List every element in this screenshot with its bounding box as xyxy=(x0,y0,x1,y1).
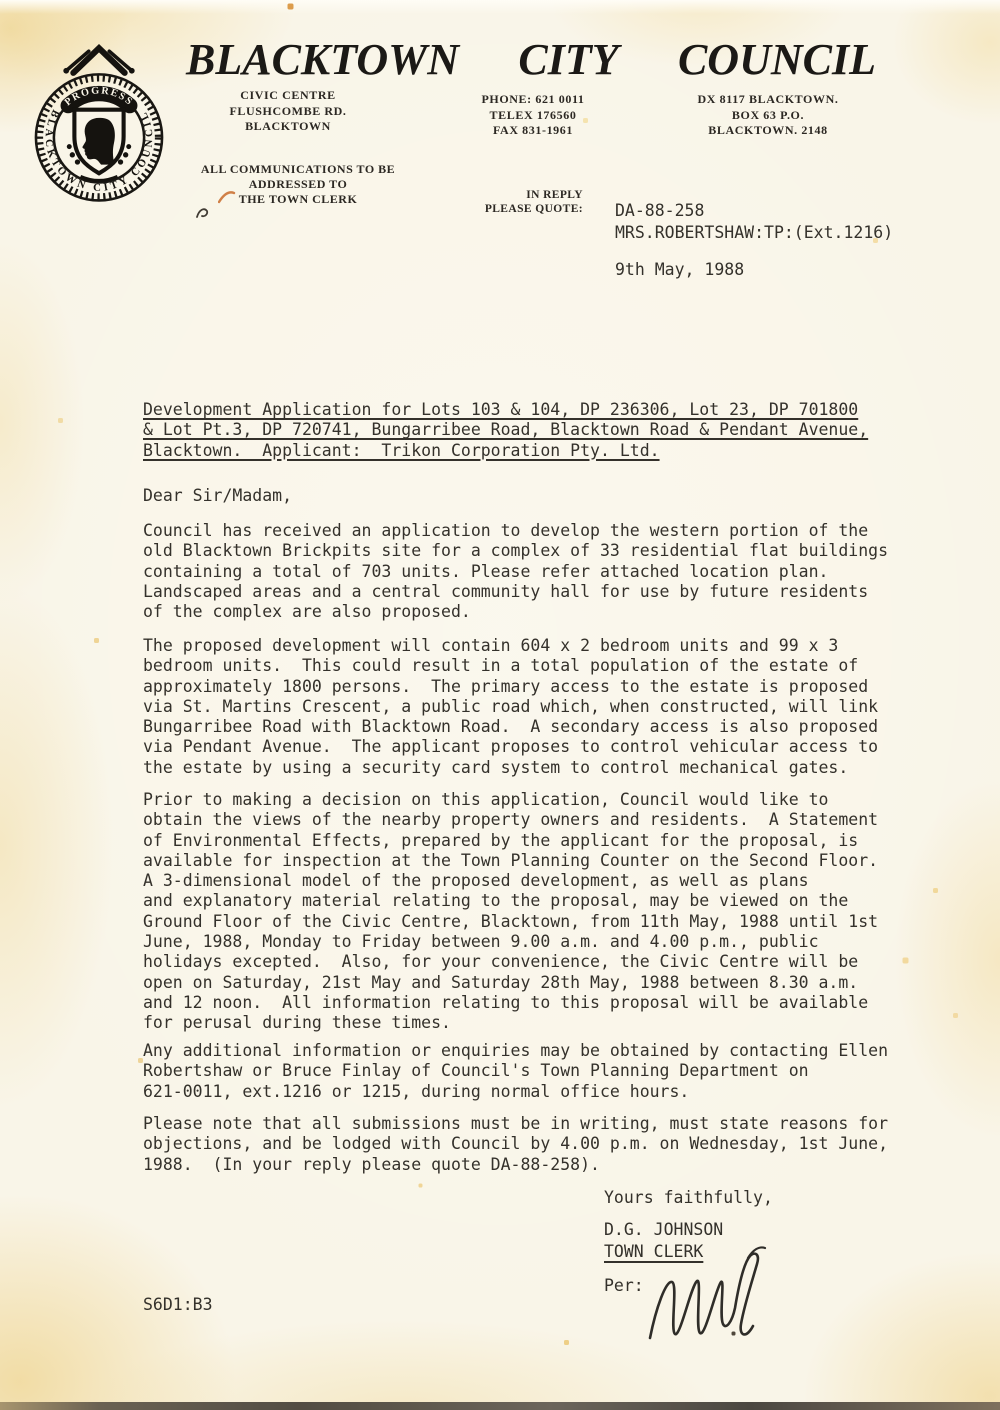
letterhead-address: CIVIC CENTRE FLUSHCOMBE RD. BLACKTOWN xyxy=(183,88,393,135)
seal-crest xyxy=(63,48,134,73)
orange-stain-mark xyxy=(218,190,236,204)
letterhead-phone: PHONE: 621 0011 TELEX 176560 FAX 831-196… xyxy=(428,92,638,139)
reference-number: DA-88-258 xyxy=(615,201,704,221)
body-paragraph: Prior to making a decision on this appli… xyxy=(143,790,933,1034)
council-seal-logo: ·BLACKTOWN CITY COUNCIL· PROGRESS xyxy=(26,40,172,202)
handwritten-signature xyxy=(644,1246,774,1346)
letter-date: 9th May, 1988 xyxy=(615,260,744,280)
reference-officer: MRS.ROBERTSHAW:TP:(Ext.1216) xyxy=(615,223,893,243)
council-name-title: BLACKTOWN CITY COUNCIL xyxy=(186,34,876,85)
scanned-letter-page: ·BLACKTOWN CITY COUNCIL· PROGRESS BLACKT… xyxy=(0,0,1000,1410)
letterhead-postal: DX 8117 BLACKTOWN. BOX 63 P.O. BLACKTOWN… xyxy=(663,92,873,139)
signatory-name: D.G. JOHNSON xyxy=(604,1220,723,1240)
seal-head-silhouette xyxy=(82,118,114,165)
subject-line: Development Application for Lots 103 & 1… xyxy=(143,400,933,461)
council-name-word: COUNCIL xyxy=(678,34,876,85)
body-paragraph: Any additional information or enquiries … xyxy=(143,1041,933,1102)
body-paragraph: The proposed development will contain 60… xyxy=(143,636,933,778)
paper-stain-specks xyxy=(0,0,1,1)
scan-top-edge xyxy=(0,0,1000,14)
per-label: Per: xyxy=(604,1276,644,1296)
file-reference: S6D1:B3 xyxy=(143,1295,213,1315)
council-name-word: BLACKTOWN xyxy=(186,34,459,85)
body-paragraph: Please note that all submissions must be… xyxy=(143,1114,933,1175)
salutation: Dear Sir/Madam, xyxy=(143,486,292,506)
in-reply-label: IN REPLY PLEASE QUOTE: xyxy=(433,188,583,216)
pen-mark xyxy=(196,206,212,222)
body-paragraph: Council has received an application to d… xyxy=(143,521,933,622)
closing-phrase: Yours faithfully, xyxy=(604,1188,773,1208)
scan-bottom-edge xyxy=(0,1402,1000,1410)
council-name-word: CITY xyxy=(518,34,618,85)
